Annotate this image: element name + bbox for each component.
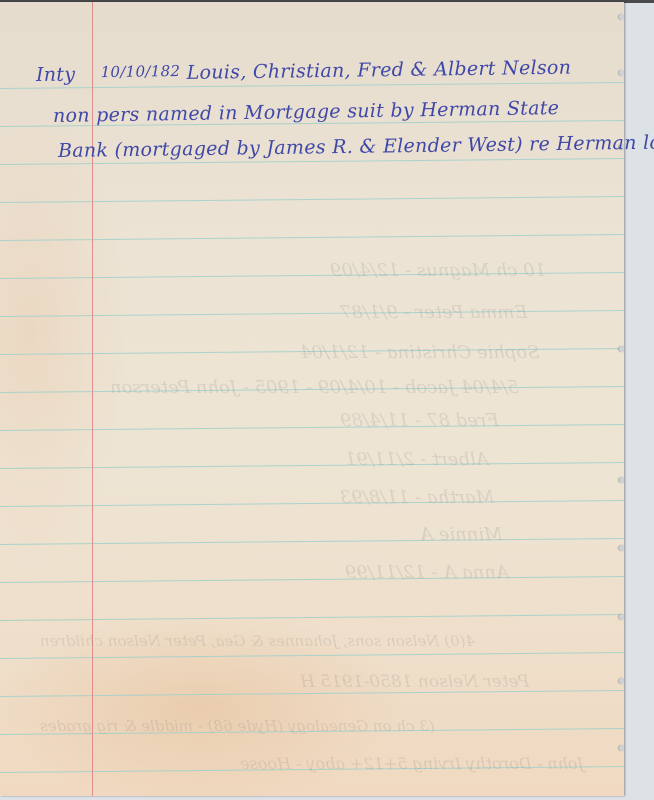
entry-prefix: Inty (36, 63, 76, 86)
handwritten-line-2: non pers named in Mortgage suit by Herma… (53, 97, 560, 127)
rule-line (0, 348, 624, 355)
perforation-notch (619, 614, 624, 620)
bleed-through: Anna A - 12/11/99 (345, 562, 509, 583)
rule-line (0, 576, 624, 583)
rule-line (0, 728, 624, 735)
rule-line (0, 310, 624, 317)
bleed-through: Fred 87 - 11/4/89 (340, 410, 499, 431)
bleed-through: Peter Nelson 1850-1915 H (300, 672, 529, 692)
rule-line (0, 196, 624, 203)
perforation-notch (619, 678, 624, 684)
bleed-through: 10 ch Magnus - 12/4/09 (330, 260, 546, 281)
entry-text: non pers named in Mortgage suit by Herma… (53, 97, 560, 127)
bleed-through: Sophie Christina - 12/1/04 (300, 342, 540, 363)
scanned-document: 10 ch Magnus - 12/4/09 Emma Peter - 9/1/… (0, 0, 654, 800)
entry-text: Bank (mortgaged by James R. & Elender We… (58, 131, 654, 162)
perforation-notch (619, 346, 624, 352)
perforation-notch (619, 745, 624, 751)
rule-line (0, 272, 624, 279)
rule-line (0, 234, 624, 241)
bleed-through: Albert - 2/11/91 (345, 449, 489, 470)
bleed-through: Martha - 11/8/93 (340, 487, 494, 508)
rule-line (0, 462, 624, 469)
rule-line (0, 766, 624, 773)
notebook-page: 10 ch Magnus - 12/4/09 Emma Peter - 9/1/… (0, 2, 624, 796)
bleed-through: 4(0) Nelson sons, Johannes & Gea, Peter … (40, 632, 475, 650)
handwritten-line-3: Bank (mortgaged by James R. & Elender We… (58, 131, 654, 162)
bleed-through: Minnie A (420, 524, 503, 545)
rule-line (0, 614, 624, 621)
entry-date: 10/10/182 (101, 62, 181, 81)
perforation-notch (619, 70, 624, 76)
rule-line (0, 424, 624, 431)
rule-line (0, 652, 624, 659)
rule-line (0, 538, 624, 545)
rule-line (0, 500, 624, 507)
perforation-notch (619, 477, 624, 483)
entry-text: Louis, Christian, Fred & Albert Nelson (186, 57, 571, 84)
perforation-notch (619, 14, 624, 20)
handwritten-line-1: Inty 10/10/182 Louis, Christian, Fred & … (36, 57, 572, 86)
rule-line (0, 690, 624, 697)
perforation-notch (619, 545, 624, 551)
rule-line (0, 386, 624, 393)
